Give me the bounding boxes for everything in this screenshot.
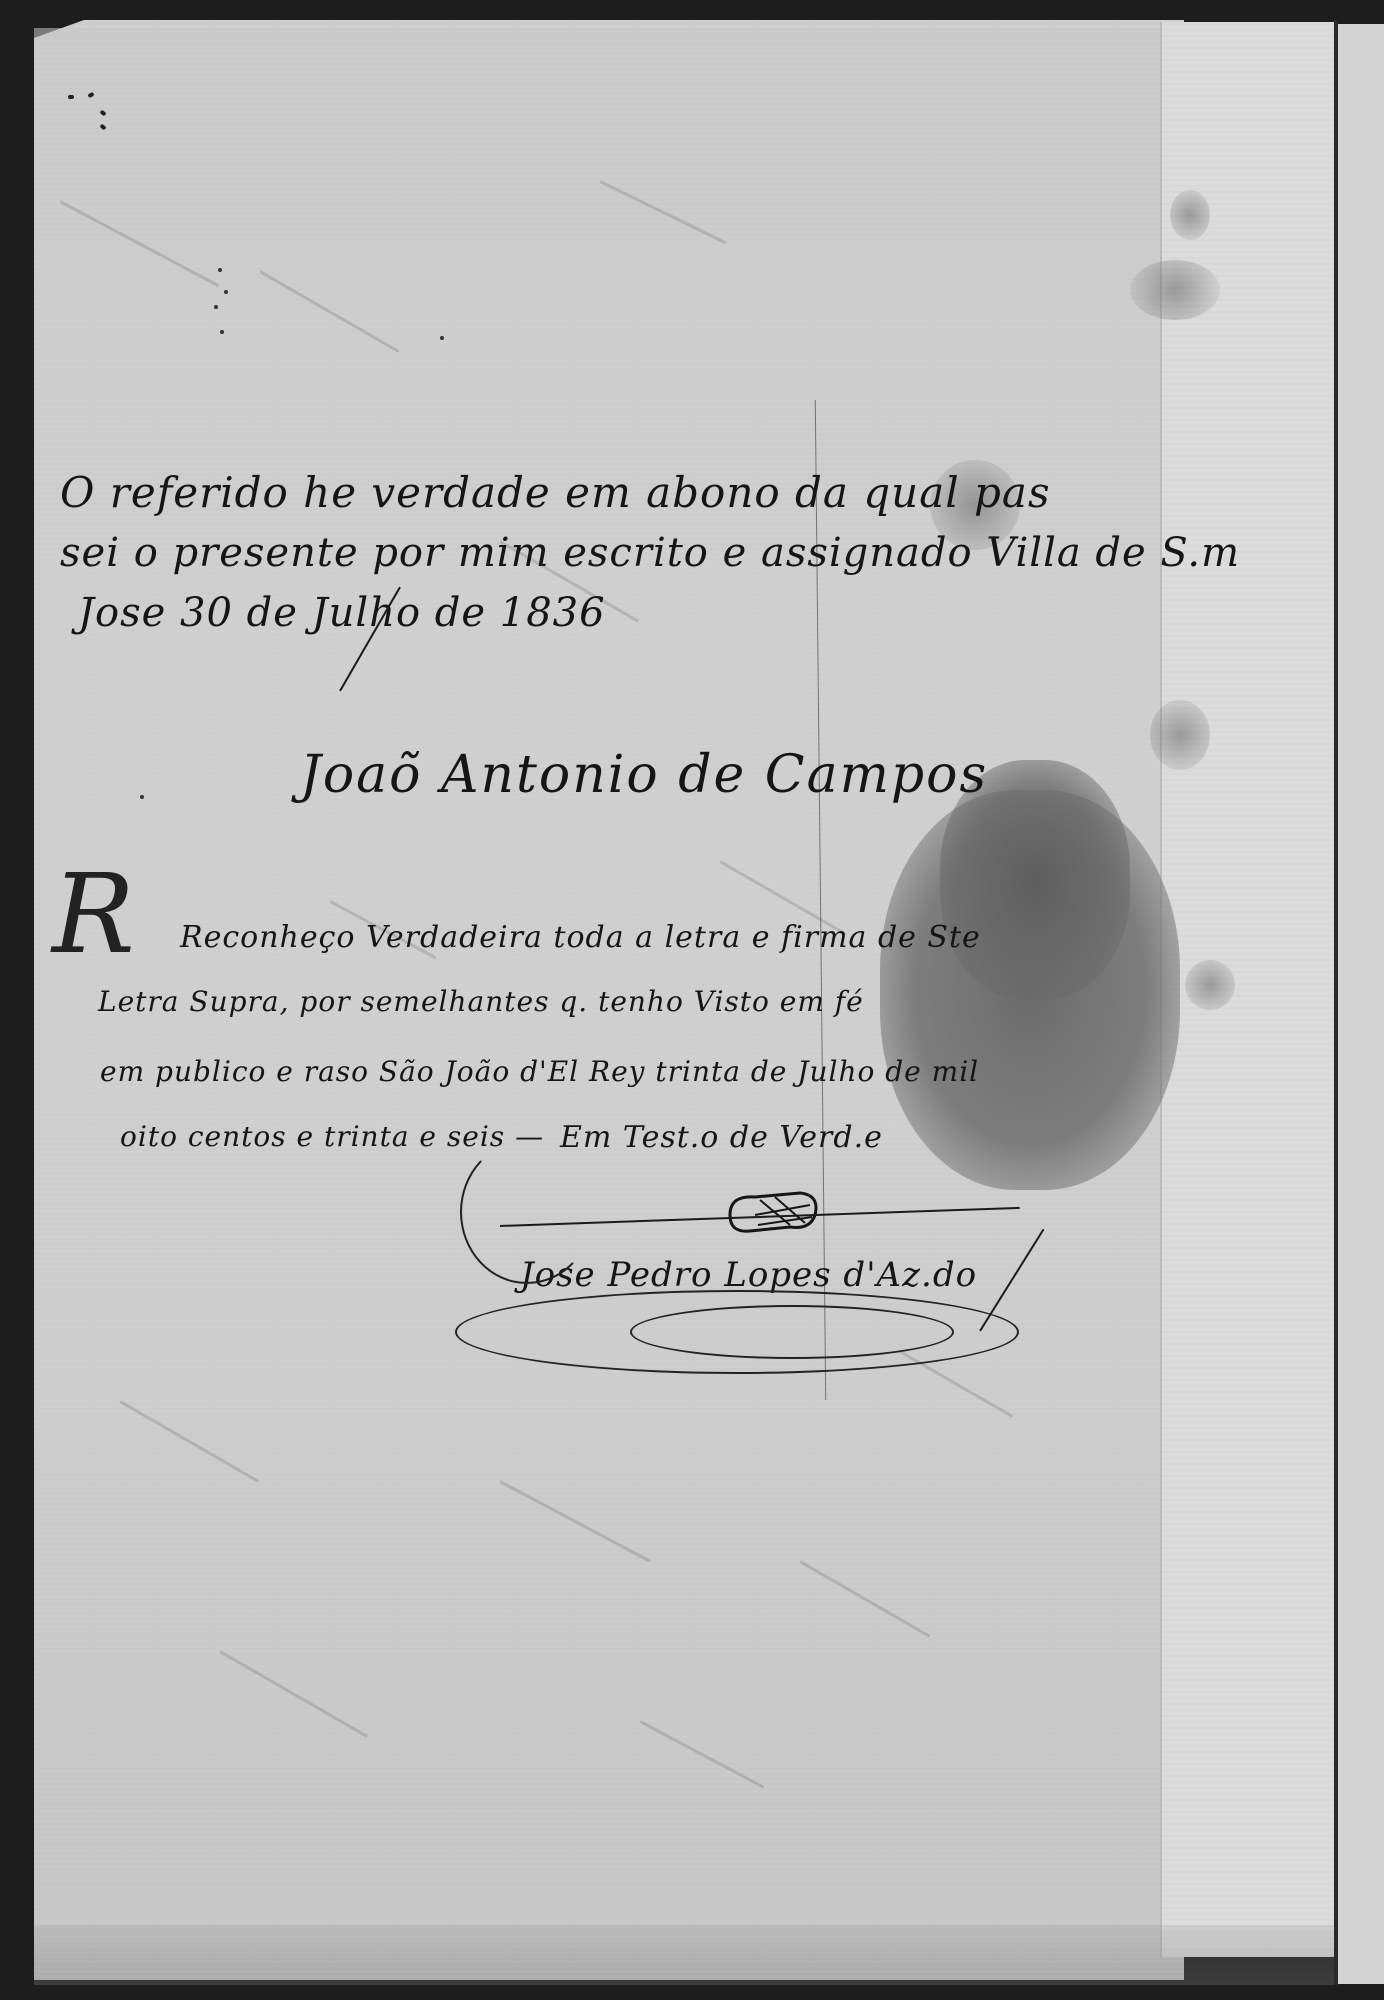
foxing-spot bbox=[1170, 190, 1210, 240]
foxing-spot bbox=[1130, 260, 1220, 320]
text-line: O referido he verdade em abono da qual p… bbox=[60, 468, 1051, 517]
text-line: Reconheço Verdadeira toda a letra e firm… bbox=[180, 920, 981, 955]
corner-marks bbox=[68, 95, 108, 135]
signature-flourish bbox=[630, 1305, 954, 1359]
signature: Joaõ Antonio de Campos bbox=[300, 745, 988, 805]
page-bottom-edge bbox=[34, 1925, 1334, 1985]
text-line: Letra Supra, por semelhantes q. tenho Vi… bbox=[98, 985, 864, 1018]
foxing-spot bbox=[1185, 960, 1235, 1010]
attestation-line: Em Test.o de Verd.e bbox=[560, 1120, 883, 1155]
text-line: em publico e raso São João d'El Rey trin… bbox=[100, 1055, 979, 1088]
foxing-spot bbox=[1150, 700, 1210, 770]
adjacent-page-edge bbox=[1338, 24, 1384, 1984]
text-line: Jose 30 de Julho de 1836 bbox=[78, 590, 606, 636]
decorative-initial: R bbox=[52, 850, 136, 978]
notary-signature: Jose Pedro Lopes d'Az.do bbox=[520, 1255, 977, 1295]
text-line: sei o presente por mim escrito e assigna… bbox=[60, 530, 1240, 576]
text-line: oito centos e trinta e seis — bbox=[120, 1120, 544, 1153]
signature-flourish bbox=[460, 1140, 594, 1284]
